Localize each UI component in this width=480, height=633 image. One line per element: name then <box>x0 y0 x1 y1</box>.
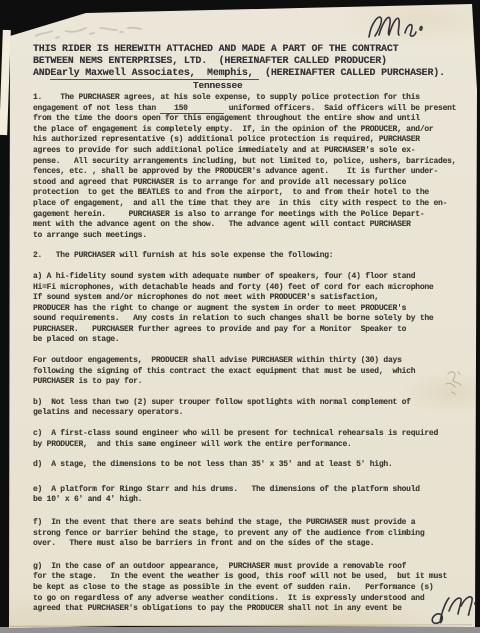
item-c-sound-engineer: c) A first-class sound engineer who will… <box>33 429 465 450</box>
paper-edge-sliver <box>0 30 11 135</box>
para-outdoor-equipment: For outdoor engagements, PRODUCER shall … <box>33 356 465 388</box>
pencil-smudge-top-left-icon <box>32 20 162 42</box>
item-b-spotlights: b) Not less than two (2) super trouper f… <box>33 398 465 419</box>
clause-1-text-after: uniformed officers. Said officers will b… <box>33 104 456 240</box>
item-f-barriers: f) In the event that there are seats beh… <box>33 518 465 550</box>
item-e-drum-platform: e) A platform for Ringo Starr and his dr… <box>33 485 465 506</box>
heading-purchaser-label: (HEREINAFTER CALLED PURCHASER). <box>259 68 445 79</box>
purchaser-state: Tennessee <box>33 80 465 91</box>
heading-line-2: BETWEEN NEMS ENTERPRISES, LTD. (HEREINAF… <box>33 56 465 68</box>
item-a-sound-system: a) A hi-fidelity sound system with adequ… <box>33 272 465 346</box>
item-d-stage: d) A stage, the dimensions to be not les… <box>33 460 465 471</box>
purchaser-name-blank: Early Maxwell Associates, Memphis, <box>50 68 259 80</box>
heading-and: AND <box>33 68 50 79</box>
contract-rider-page: THIS RIDER IS HEREWITH ATTACHED AND MADE… <box>0 0 480 633</box>
heading-line-3: ANDEarly Maxwell Associates, Memphis, (H… <box>33 68 465 80</box>
scanned-document: THIS RIDER IS HEREWITH ATTACHED AND MADE… <box>0 0 480 633</box>
pencil-scribble-right-icon <box>440 362 468 404</box>
handwritten-initials-bottom-icon <box>428 590 480 630</box>
rider-heading: THIS RIDER IS HEREWITH ATTACHED AND MADE… <box>33 44 465 91</box>
handwritten-initials-top-icon <box>364 8 428 46</box>
clause-2-furnish-intro: 2. The PURCHASER will furnish at his sol… <box>33 251 465 262</box>
scan-bottom-edge <box>0 627 480 633</box>
item-g-removable-roof: g) In the case of an outdoor appearance,… <box>33 562 465 615</box>
clause-1-police-protection: 1. The PURCHASER agrees, at his sole exp… <box>33 93 465 241</box>
officer-count-blank: 150 <box>160 104 224 114</box>
page-content: THIS RIDER IS HEREWITH ATTACHED AND MADE… <box>33 44 465 625</box>
